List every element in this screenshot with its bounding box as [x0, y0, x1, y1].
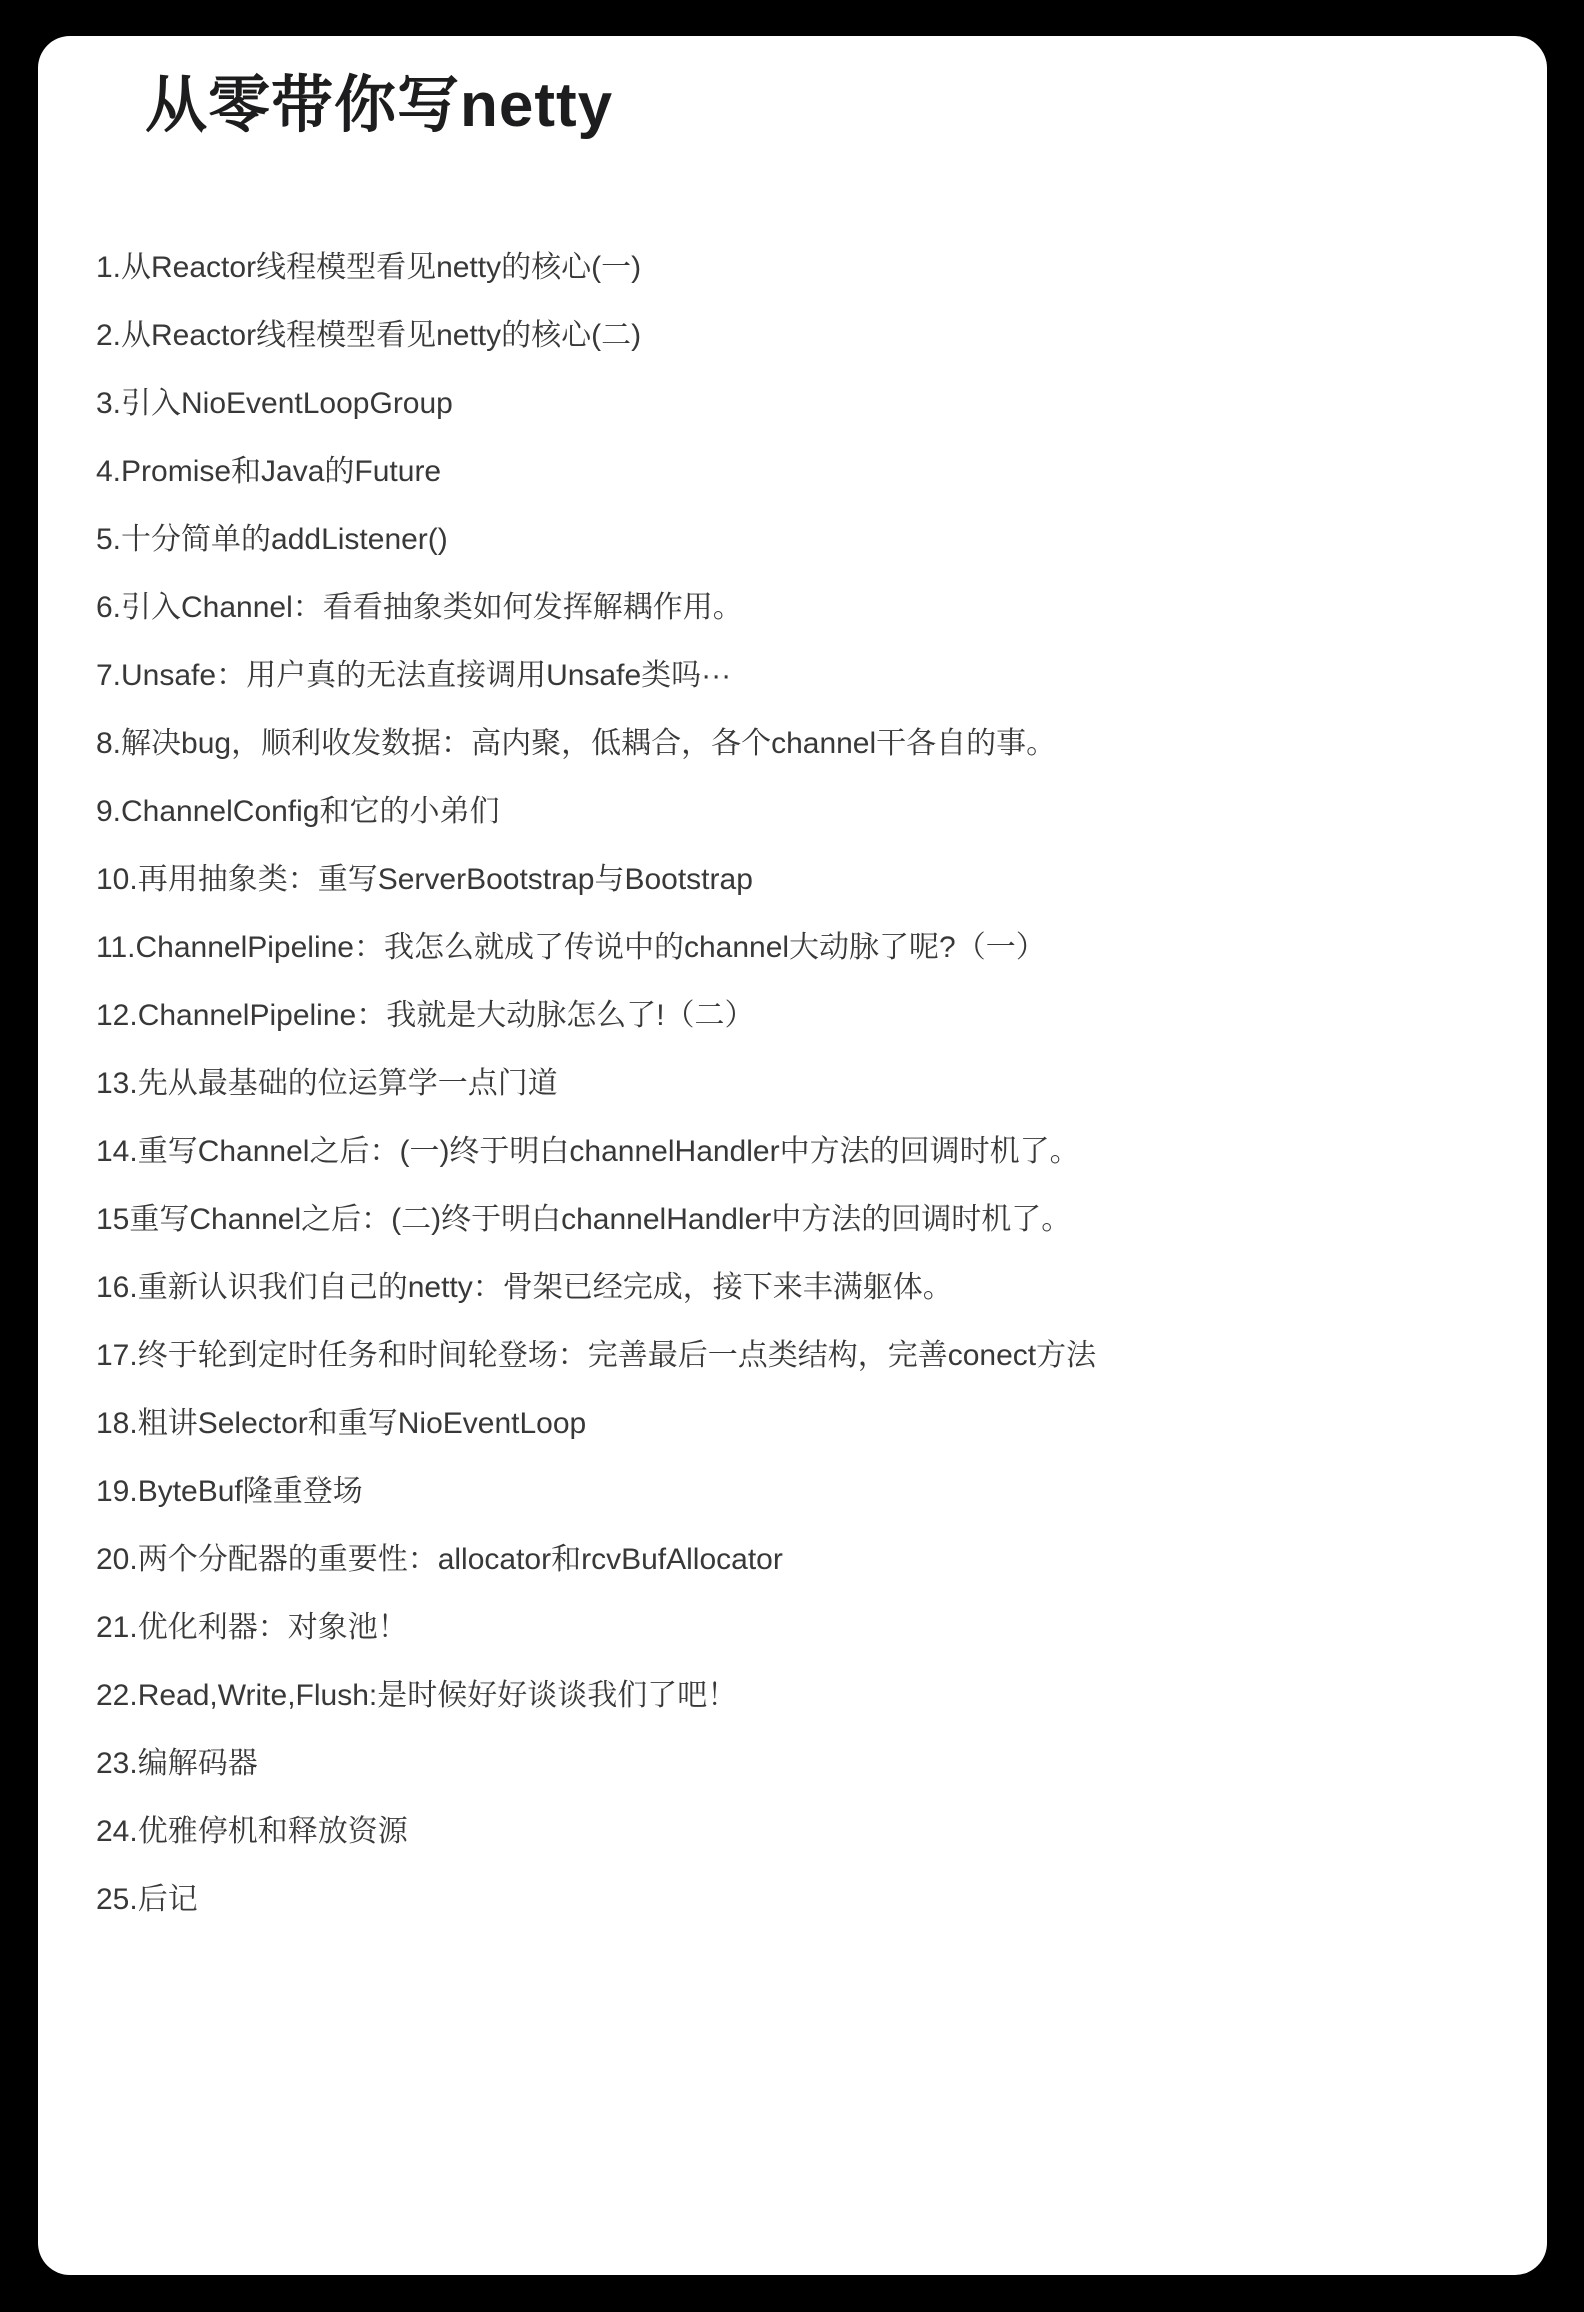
- toc-item: 6.引入Channel：看看抽象类如何发挥解耦作用。: [96, 574, 1507, 642]
- content-card: 从零带你写netty 1.从Reactor线程模型看见netty的核心(一)2.…: [38, 36, 1547, 2275]
- toc-item: 22.Read,Write,Flush:是时候好好谈谈我们了吧！: [96, 1662, 1507, 1730]
- toc-item: 19.ByteBuf隆重登场: [96, 1458, 1507, 1526]
- toc-item: 15重写Channel之后：(二)终于明白channelHandler中方法的回…: [96, 1186, 1507, 1254]
- toc-item: 13.先从最基础的位运算学一点门道: [96, 1050, 1507, 1118]
- toc-item: 3.引入NioEventLoopGroup: [96, 370, 1507, 438]
- toc-item: 1.从Reactor线程模型看见netty的核心(一): [96, 234, 1507, 302]
- toc-item: 17.终于轮到定时任务和时间轮登场：完善最后一点类结构，完善conect方法: [96, 1322, 1507, 1390]
- toc-item: 10.再用抽象类：重写ServerBootstrap与Bootstrap: [96, 846, 1507, 914]
- toc-item: 18.粗讲Selector和重写NioEventLoop: [96, 1390, 1507, 1458]
- toc-item: 16.重新认识我们自己的netty：骨架已经完成，接下来丰满躯体。: [96, 1254, 1507, 1322]
- toc-item: 5.十分简单的addListener(): [96, 506, 1507, 574]
- toc-item: 21.优化利器：对象池！: [96, 1594, 1507, 1662]
- toc-item: 14.重写Channel之后：(一)终于明白channelHandler中方法的…: [96, 1118, 1507, 1186]
- toc-list: 1.从Reactor线程模型看见netty的核心(一)2.从Reactor线程模…: [96, 234, 1507, 1934]
- toc-item: 25.后记: [96, 1866, 1507, 1934]
- toc-item: 24.优雅停机和释放资源: [96, 1798, 1507, 1866]
- toc-item: 7.Unsafe：用户真的无法直接调用Unsafe类吗···: [96, 642, 1507, 710]
- toc-item: 2.从Reactor线程模型看见netty的核心(二): [96, 302, 1507, 370]
- page-title: 从零带你写netty: [145, 70, 613, 141]
- toc-item: 11.ChannelPipeline：我怎么就成了传说中的channel大动脉了…: [96, 914, 1507, 982]
- toc-item: 20.两个分配器的重要性：allocator和rcvBufAllocator: [96, 1526, 1507, 1594]
- toc-item: 8.解决bug，顺利收发数据：高内聚，低耦合，各个channel干各自的事。: [96, 710, 1507, 778]
- toc-item: 9.ChannelConfig和它的小弟们: [96, 778, 1507, 846]
- toc-item: 4.Promise和Java的Future: [96, 438, 1507, 506]
- toc-item: 12.ChannelPipeline：我就是大动脉怎么了!（二）: [96, 982, 1507, 1050]
- toc-item: 23.编解码器: [96, 1730, 1507, 1798]
